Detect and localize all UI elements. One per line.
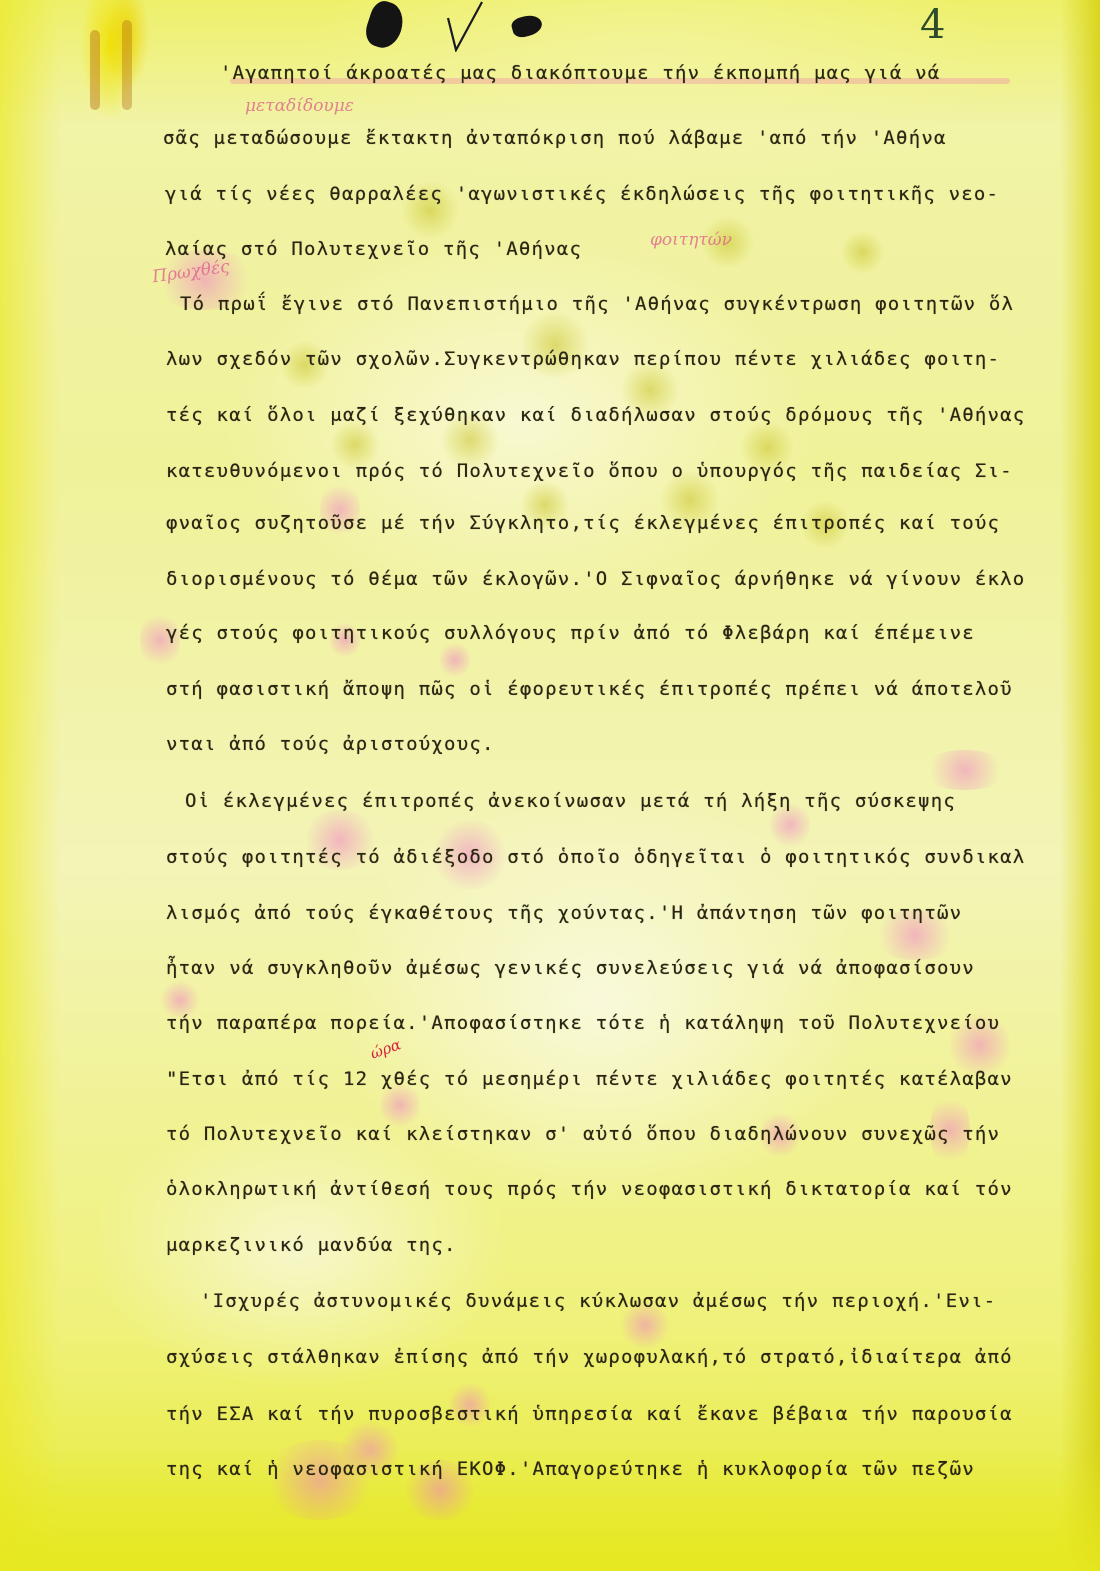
text-line: Τό πρωΐ ἔγινε στό Πανεπιστήμιο τῆς 'Αθήν… [180, 293, 1014, 315]
text-line: "Ετσι ἀπό τίς 12 χθές τό μεσημέρι πέντε … [166, 1068, 1013, 1090]
text-line: τές καί ὅλοι μαζί ξεχύθηκαν καί διαδήλωσ… [166, 404, 1025, 426]
text-line: κατευθυνόμενοι πρός τό Πολυτεχνεῖο ὅπου … [166, 460, 1013, 482]
text-line: ὁλοκληρωτική ἀντίθεσή τους πρός τήν νεοφ… [166, 1178, 1013, 1200]
typewritten-body: 'Αγαπητοί άκροατές μας διακόπτουμε τήν έ… [0, 0, 1100, 1571]
text-line: φναῖος συζητοῦσε μέ τήν Σύγκλητο,τίς έκλ… [166, 512, 1000, 534]
text-line: γές στούς φοιτητικούς συλλόγους πρίν ἀπό… [166, 622, 975, 644]
scanned-document-page: 4 μεταδίδουμε φοιτητών Πρωχθές ώρα 'Αγαπ… [0, 0, 1100, 1571]
text-line: σᾶς μεταδώσουμε ἔκτακτη ἀνταπόκριση πού … [163, 127, 947, 149]
text-line: Οἱ έκλεγμένες έπιτροπές ἀνεκοίνωσαν μετά… [185, 790, 956, 812]
text-line: στούς φοιτητές τό ἀδιέξοδο στό ὁποῖο ὁδη… [166, 846, 1025, 868]
text-line: τό Πολυτεχνεῖο καί κλείστηκαν σ' αὐτό ὅπ… [166, 1123, 1000, 1145]
text-line: νται ἀπό τούς ἀριστούχους. [166, 733, 495, 755]
text-line: τήν ΕΣΑ καί τήν πυροσβεστική ὑπηρεσία κα… [166, 1403, 1013, 1425]
text-line: λαίας στό Πολυτεχνεῖο τῆς 'Αθήνας [165, 238, 582, 260]
text-line: 'Αγαπητοί άκροατές μας διακόπτουμε τήν έ… [220, 62, 940, 84]
text-line: ἦταν νά συγκληθοῦν ἀμέσως γενικές συνελε… [166, 957, 975, 979]
text-line: διορισμένους τό θέμα τῶν έκλογῶν.'Ο Σιφν… [166, 568, 1025, 590]
text-line: σχύσεις στάλθηκαν ἐπίσης ἀπό τήν χωροφυλ… [166, 1346, 1013, 1368]
text-line: στή φασιστική ἄποψη πῶς οἱ έφορευτικές έ… [166, 678, 1013, 700]
text-line: της καί ἡ νεοφασιστική ΕΚΟΦ.'Απαγορεύτηκ… [166, 1458, 975, 1480]
text-line: 'Ισχυρές ἀστυνομικές δυνάμεις κύκλωσαν ἀ… [200, 1290, 996, 1312]
text-line: τήν παραπέρα πορεία.'Αποφασίστηκε τότε ἡ… [166, 1012, 1000, 1034]
text-line: μαρκεζινικό μανδύα της. [166, 1234, 457, 1256]
text-line: λων σχεδόν τῶν σχολῶν.Συγκεντρώθηκαν περ… [166, 348, 1000, 370]
text-line: γιά τίς νέες θαρραλέες 'αγωνιστικές έκδη… [165, 183, 999, 205]
text-line: λισμός ἀπό τούς έγκαθέτους τῆς χούντας.'… [166, 902, 962, 924]
